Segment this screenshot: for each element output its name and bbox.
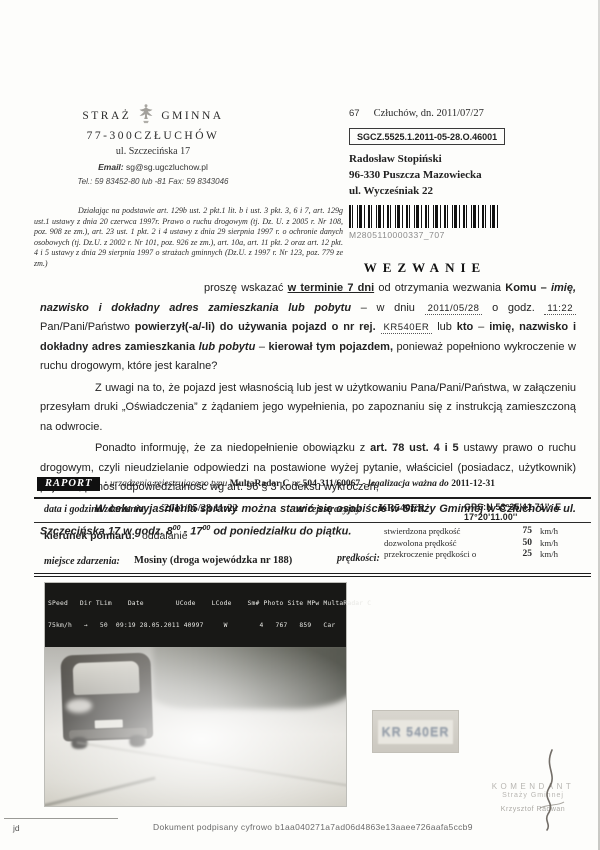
- radar-photo-header: SPeed Dir TLim Date UCode LCode Sm# Phot…: [45, 583, 346, 647]
- barcode: [349, 205, 499, 228]
- header-right-column: 67 Człuchów, dn. 2011/07/27 SGCZ.5525.1.…: [349, 108, 594, 240]
- org-postal-line: 77-300CZŁUCHÓW: [48, 130, 258, 142]
- speed-name: przekroczenie prędkości o: [384, 549, 502, 561]
- page-number: 67: [349, 108, 360, 119]
- handwritten-signature: [518, 748, 578, 837]
- org-name-right: GMINNA: [161, 110, 223, 122]
- direction-value: oddalanie: [142, 530, 188, 542]
- date-line: 67 Człuchów, dn. 2011/07/27: [349, 108, 594, 119]
- footer-initials: jd: [13, 823, 20, 833]
- letterhead: STRAŻ GMINNA 77-300CZŁUCHÓW ul. Szczeciń…: [48, 103, 258, 186]
- raport-badge: RAPORT: [37, 477, 100, 491]
- paragraph-attachment: Z uwagi na to, że pojazd jest własnością…: [40, 379, 576, 438]
- table-row-details: kierunek pomiaru: oddalanie miejsce zdar…: [34, 523, 591, 577]
- place-value: Mosiny (droga wojewódzka nr 188): [134, 555, 292, 566]
- radar-header-line1: SPeed Dir TLim Date UCode LCode Sm# Phot…: [48, 600, 343, 608]
- event-datetime-value: 2011/05/28 11:22: [164, 503, 238, 514]
- org-name-row: STRAŻ GMINNA: [48, 103, 258, 128]
- addressee-block: Radosław Stopiński 96-330 Puszcza Mazowi…: [349, 151, 594, 199]
- speed-row-allowed: dozwolona prędkość 50 km/h: [384, 538, 584, 550]
- raport-line: RAPORT : urządzenia rejestrującego typu …: [37, 477, 593, 491]
- speed-unit: km/h: [540, 538, 558, 550]
- speed-value: 25: [502, 549, 532, 561]
- radar-photo-scene: [45, 647, 346, 806]
- speeds-label: prędkości:: [337, 553, 380, 564]
- speed-value: 75: [502, 526, 532, 538]
- recipient-city: 96-330 Puszcza Mazowiecka: [349, 167, 594, 183]
- org-street: ul. Szczecińska 17: [48, 146, 258, 157]
- direction-label: kierunek pomiaru:: [44, 530, 135, 542]
- digital-signature-note: Dokument podpisany cyfrowo b1aa040271a7a…: [153, 822, 473, 832]
- speed-unit: km/h: [540, 526, 558, 538]
- plate-closeup-text: KR 540ER: [382, 725, 450, 739]
- plate-closeup-inset: KR 540ER: [373, 711, 458, 752]
- registration-label: nr rejestracyjny: [296, 504, 361, 515]
- radar-photo: SPeed Dir TLim Date UCode LCode Sm# Phot…: [45, 583, 346, 806]
- speed-row-exceeded: przekroczenie prędkości o 25 km/h: [384, 549, 584, 561]
- table-row-event: data i godzina zdarzenia 2011/05/28 11:2…: [34, 499, 591, 523]
- org-name-left: STRAŻ: [82, 110, 131, 122]
- speed-unit: km/h: [540, 549, 558, 561]
- org-email-line: Email: sg@sg.ugczluchow.pl: [48, 162, 258, 172]
- speed-row-measured: stwierdzona prędkość 75 km/h: [384, 526, 584, 538]
- recipient-name: Radosław Stopiński: [349, 151, 594, 167]
- case-number-box: SGCZ.5525.1.2011-05-28.O.46001: [349, 128, 505, 145]
- paragraph-request: proszę wskazać w terminie 7 dni od otrzy…: [40, 279, 576, 377]
- raport-details: : urządzenia rejestrującego typu MultaRa…: [104, 479, 495, 489]
- speed-name: stwierdzona prędkość: [384, 526, 502, 538]
- place-and-date: Człuchów, dn. 2011/07/27: [374, 108, 484, 119]
- plate-closeup-inner: KR 540ER: [378, 720, 453, 744]
- document-title: WEZWANIE: [364, 260, 486, 276]
- email-value: sg@sg.ugczluchow.pl: [126, 162, 208, 172]
- event-datetime-label: data i godzina zdarzenia: [44, 504, 144, 515]
- measurement-table: data i godzina zdarzenia 2011/05/28 11:2…: [34, 497, 591, 577]
- footer-rule: [4, 818, 118, 819]
- overexposure-haze: [45, 647, 346, 806]
- scanned-document-page: STRAŻ GMINNA 77-300CZŁUCHÓW ul. Szczeciń…: [0, 0, 600, 850]
- org-phone-line: Tel.: 59 83452-80 lub -81 Fax: 59 834304…: [48, 177, 258, 186]
- document-title-row: WEZWANIE: [0, 259, 600, 277]
- speed-name: dozwolona prędkość: [384, 538, 502, 550]
- gps-coordinates: GPS:N 53°35'41.71''; E 17°20'11.00'': [464, 502, 591, 522]
- registration-value: KR540ER: [379, 503, 425, 514]
- speed-value: 50: [502, 538, 532, 550]
- place-label: miejsce zdarzenia:: [44, 556, 120, 567]
- speeds-block: stwierdzona prędkość 75 km/h dozwolona p…: [384, 526, 584, 561]
- recipient-street: ul. Wycześniak 22: [349, 183, 594, 199]
- email-label: Email:: [98, 162, 124, 172]
- barcode-number: M2805110000337_707: [349, 230, 594, 240]
- eagle-emblem-icon: [134, 103, 158, 128]
- radar-header-line2: 75km/h → 50 09:19 28.05.2011 40997 W 4 7…: [48, 622, 343, 630]
